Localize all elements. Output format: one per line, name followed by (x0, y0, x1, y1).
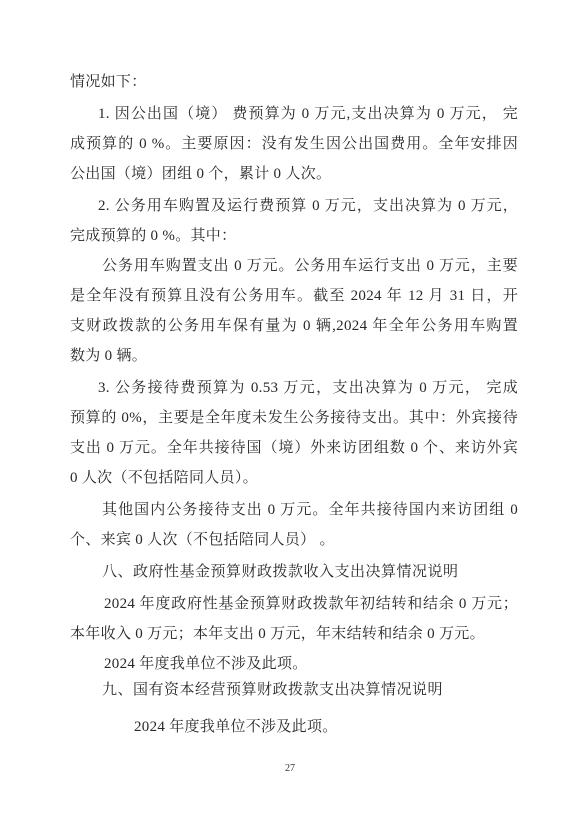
text-line: 0 人次（不包括陪同人员）。 (70, 463, 518, 493)
text-line: 2024 年度政府性基金预算财政拨款年初结转和结余 0 万元； (70, 589, 518, 619)
text-line: 支财政拨款的公务用车保有量为 0 辆,2024 年全年公务用车购置 (70, 311, 518, 341)
text-line: 本年收入 0 万元；本年支出 0 万元，年末结转和结余 0 万元。 (70, 619, 518, 649)
text-line: 数为 0 辆。 (70, 341, 518, 371)
text-line: 是全年没有预算且没有公务用车。截至 2024 年 12 月 31 日，开 (70, 281, 518, 311)
document-body: 情况如下：1. 因公出国（境） 费预算为 0 万元,支出决算为 0 万元， 完成… (70, 67, 518, 742)
text-line: 公出国（境）团组 0 个，累计 0 人次。 (70, 159, 518, 189)
text-line: 3. 公务接待费预算为 0.53 万元，支出决算为 0 万元， 完成 (70, 373, 518, 403)
text-line: 2024 年度我单位不涉及此项。 (70, 712, 518, 742)
section-heading: 九、国有资本经营预算财政拨款支出决算情况说明 (70, 675, 518, 705)
text-line: 2. 公务用车购置及运行费预算 0 万元，支出决算为 0 万元， (70, 191, 518, 221)
document-page: 情况如下：1. 因公出国（境） 费预算为 0 万元,支出决算为 0 万元， 完成… (0, 0, 580, 821)
text-line: 情况如下： (70, 67, 518, 97)
text-line: 支出 0 万元。全年共接待国（境）外来访团组数 0 个、来访外宾 (70, 433, 518, 463)
text-line: 个、来宾 0 人次（不包括陪同人员） 。 (70, 525, 518, 555)
page-number: 27 (0, 762, 580, 776)
text-line: 预算的 0%，主要是全年度未发生公务接待支出。其中：外宾接待 (70, 403, 518, 433)
text-line: 公务用车购置支出 0 万元。公务用车运行支出 0 万元，主要 (70, 251, 518, 281)
text-line: 1. 因公出国（境） 费预算为 0 万元,支出决算为 0 万元， 完 (70, 99, 518, 129)
text-line: 成预算的 0 %。主要原因：没有发生因公出国费用。全年安排因 (70, 129, 518, 159)
section-heading: 八、政府性基金预算财政拨款收入支出决算情况说明 (70, 557, 518, 587)
text-line: 完成预算的 0 %。其中： (70, 221, 518, 251)
text-line: 其他国内公务接待支出 0 万元。全年共接待国内来访团组 0 (70, 495, 518, 525)
